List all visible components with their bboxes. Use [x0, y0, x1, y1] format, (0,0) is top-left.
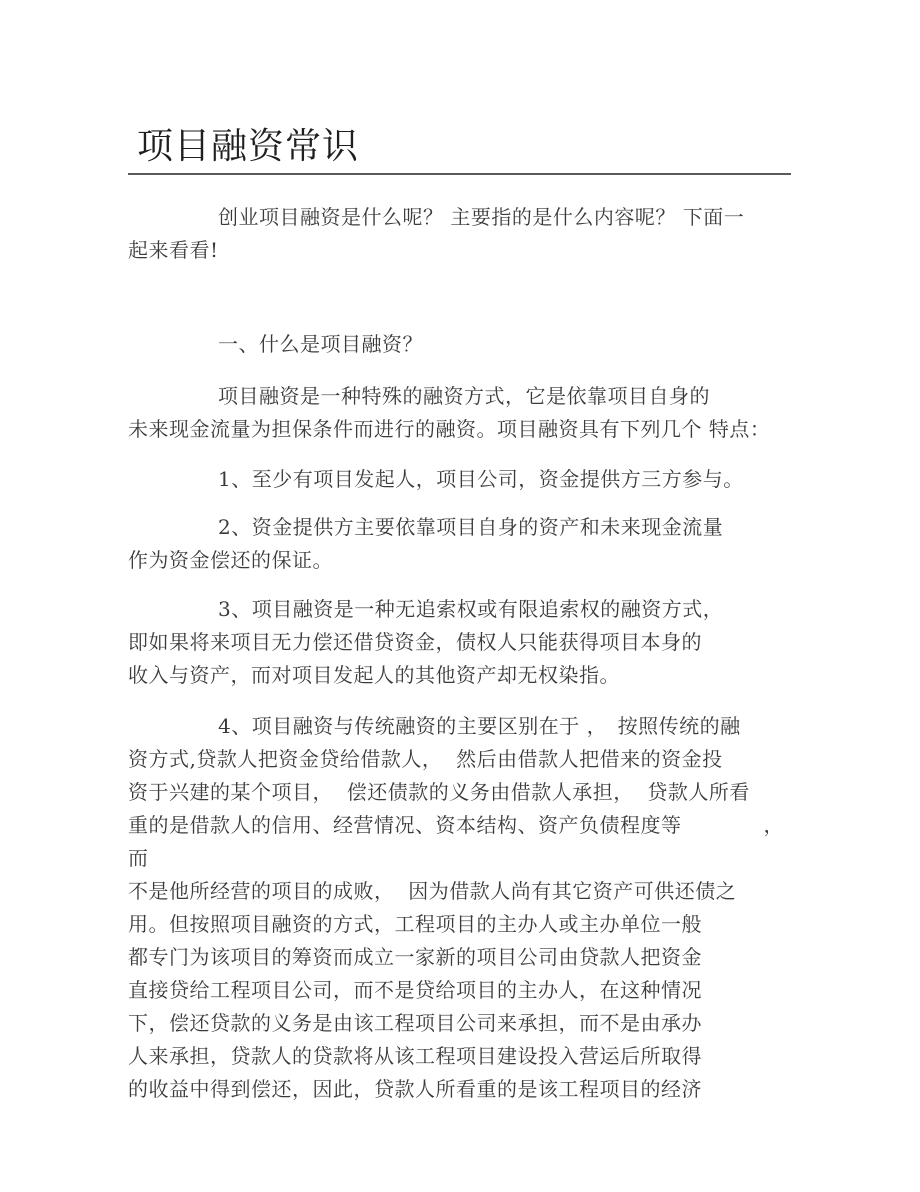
page-title: 项目融资常识 — [137, 128, 791, 166]
feature-paragraph-2: 2、资金提供方主要依靠项目自身的资产和未来现金流量 作为资金偿还的保证。 — [128, 511, 791, 577]
section-heading: 一、什么是项目融资？ — [128, 328, 791, 361]
feature-paragraph-4: 4、项目融资与传统融资的主要区别在于 ， 按照传统的融 资方式,贷款人把资金贷给… — [128, 710, 791, 1106]
definition-paragraph: 项目融资是一种特殊的融资方式，它是依靠项目自身的 未来现金流量为担保条件而进行的… — [128, 380, 791, 446]
feature-paragraph-3: 3、项目融资是一种无追索权或有限追索权的融资方式， 即如果将来项目无力偿还借贷资… — [128, 593, 791, 692]
feature-paragraph-1: 1、至少有项目发起人，项目公司，资金提供方三方参与。 — [128, 463, 791, 496]
intro-paragraph: 创业项目融资是什么呢？ 主要指的是什么内容呢？ 下面一 起来看看! — [128, 201, 791, 267]
document-page: 项目融资常识 创业项目融资是什么呢？ 主要指的是什么内容呢？ 下面一 起来看看!… — [0, 0, 920, 1192]
title-divider — [128, 173, 791, 175]
document-content: 项目融资常识 创业项目融资是什么呢？ 主要指的是什么内容呢？ 下面一 起来看看!… — [128, 0, 791, 1106]
